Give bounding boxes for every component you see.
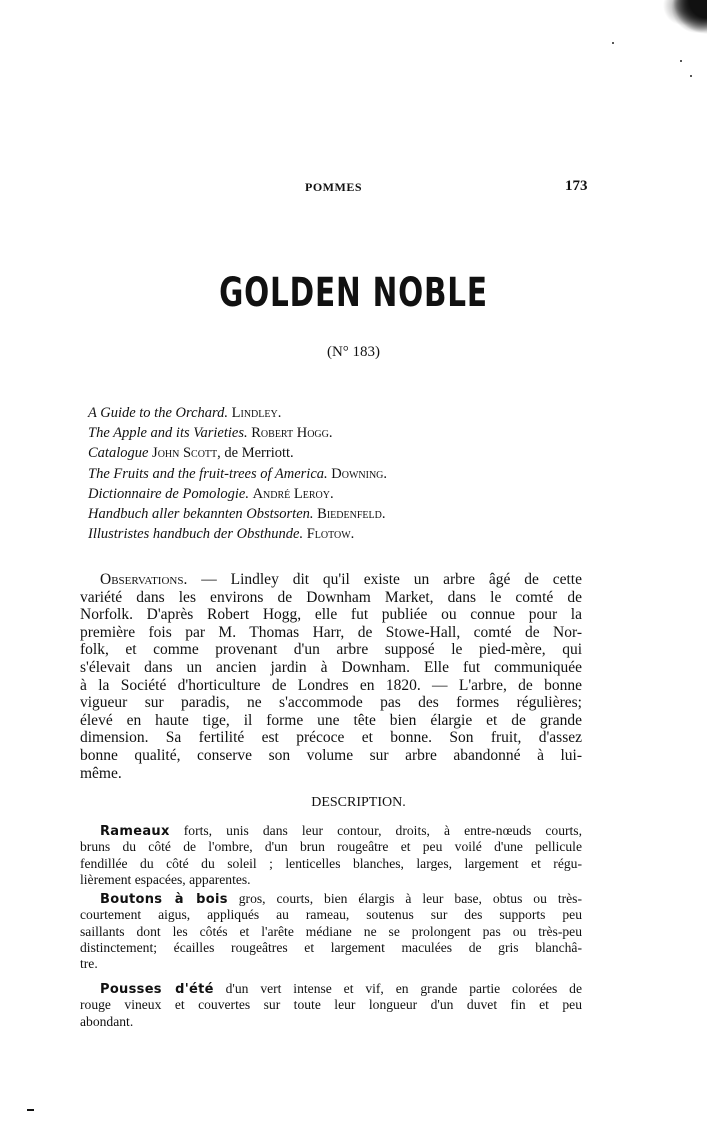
text-line: vigueur sur paradis, ne s'accommode pas …	[80, 694, 582, 712]
reference-item: A Guide to the Orchard. Lindley.	[88, 403, 387, 423]
text-line: bonne qualité, conserve son volume sur a…	[80, 747, 582, 765]
keyword-rameaux: Rameaux	[100, 824, 170, 839]
scan-speck	[612, 42, 614, 44]
text-line: Rameaux forts, unis dans leur contour, d…	[80, 823, 582, 839]
text-line: folk, et comme provenant d'un arbre supp…	[80, 641, 582, 659]
scan-speck	[680, 60, 682, 62]
text-line: saillants dont les côtés et l'arête médi…	[80, 924, 582, 940]
reference-author: Downing.	[331, 466, 387, 482]
scan-speck	[690, 75, 692, 77]
text-line: Pousses d'été d'un vert intense et vif, …	[80, 981, 582, 997]
reference-author: Robert Hogg.	[251, 425, 332, 441]
reference-item: Handbuch aller bekannten Obstsorten. Bie…	[88, 504, 387, 524]
text-line: dimension. Sa fertilité est précoce et b…	[80, 729, 582, 747]
variety-number: (N° 183)	[0, 344, 707, 361]
reference-work: Illustristes handbuch der Obsthunde.	[88, 526, 303, 542]
text-line: s'élevait dans un ancien jardin à Downha…	[80, 659, 582, 677]
text-line: à la Société d'horticulture de Londres e…	[80, 677, 582, 695]
reference-work: The Fruits and the fruit-trees of Americ…	[88, 466, 328, 482]
keyword-boutons: Boutons à bois	[100, 892, 228, 907]
reference-work: The Apple and its Varieties.	[88, 425, 248, 441]
reference-author: John Scott,	[152, 445, 221, 461]
running-head: POMMES	[305, 180, 362, 195]
margin-mark	[27, 1109, 34, 1111]
reference-author: André Leroy.	[253, 486, 334, 502]
reference-work: Catalogue	[88, 445, 148, 461]
reference-work: Handbuch aller bekannten Obstsorten.	[88, 506, 314, 522]
text-line: abondant.	[80, 1014, 582, 1030]
text-line: fendillée du côté du soleil ; lenticelle…	[80, 856, 582, 872]
keyword-pousses: Pousses d'été	[100, 982, 214, 997]
reference-suffix: de Merriott.	[224, 445, 293, 461]
pousses-paragraph: Pousses d'été d'un vert intense et vif, …	[80, 981, 582, 1030]
text-line: Norfolk. D'après Robert Hogg, elle fut p…	[80, 606, 582, 624]
text-line: rouge vineux et couvertes sur toute leur…	[80, 997, 582, 1013]
page-number: 173	[565, 178, 588, 195]
boutons-paragraph: Boutons à bois gros, courts, bien élargi…	[80, 891, 582, 972]
text-line: courtement aigus, appliqués au rameau, s…	[80, 907, 582, 923]
text-line: lièrement espacées, apparentes.	[80, 872, 582, 888]
reference-item: The Apple and its Varieties. Robert Hogg…	[88, 423, 387, 443]
text-span: gros, courts, bien élargis à leur base, …	[228, 891, 582, 906]
reference-item: Illustristes handbuch der Obsthunde. Flo…	[88, 524, 387, 544]
reference-item: Dictionnaire de Pomologie. André Leroy.	[88, 484, 387, 504]
text-line: première fois par M. Thomas Harr, de Sto…	[80, 624, 582, 642]
text-line: bruns du côté de l'ombre, d'un brun roug…	[80, 839, 582, 855]
reference-author: Lindley.	[232, 405, 282, 421]
text-line: variété dans les environs de Downham Mar…	[80, 589, 582, 607]
text-line: tre.	[80, 956, 582, 972]
text-line: Boutons à bois gros, courts, bien élargi…	[80, 891, 582, 907]
reference-work: A Guide to the Orchard.	[88, 405, 228, 421]
rameaux-paragraph: Rameaux forts, unis dans leur contour, d…	[80, 823, 582, 888]
reference-author: Biedenfeld.	[317, 506, 385, 522]
description-heading: DESCRIPTION.	[0, 795, 707, 811]
reference-item: Catalogue John Scott, de Merriott.	[88, 443, 387, 463]
reference-work: Dictionnaire de Pomologie.	[88, 486, 249, 502]
reference-author: Flotow.	[307, 526, 355, 542]
page-title: GOLDEN NOBLE	[64, 270, 644, 316]
references-list: A Guide to the Orchard. Lindley. The App…	[88, 403, 387, 544]
text-line: élevé en haute tige, il forme une tête b…	[80, 712, 582, 730]
text-line: même.	[80, 765, 582, 783]
text-line: distinctement; écailles rougeâtres et la…	[80, 940, 582, 956]
scan-noise	[587, 0, 707, 90]
text-span: — Lindley dit qu'il existe un arbre âgé …	[187, 571, 582, 588]
text-span: forts, unis dans leur contour, droits, à…	[170, 823, 582, 838]
text-line: Observations. — Lindley dit qu'il existe…	[80, 571, 582, 589]
observations-paragraph: Observations. — Lindley dit qu'il existe…	[80, 571, 582, 782]
observations-label: Observations.	[100, 571, 187, 588]
text-span: d'un vert intense et vif, en grande part…	[214, 981, 582, 996]
reference-item: The Fruits and the fruit-trees of Americ…	[88, 464, 387, 484]
